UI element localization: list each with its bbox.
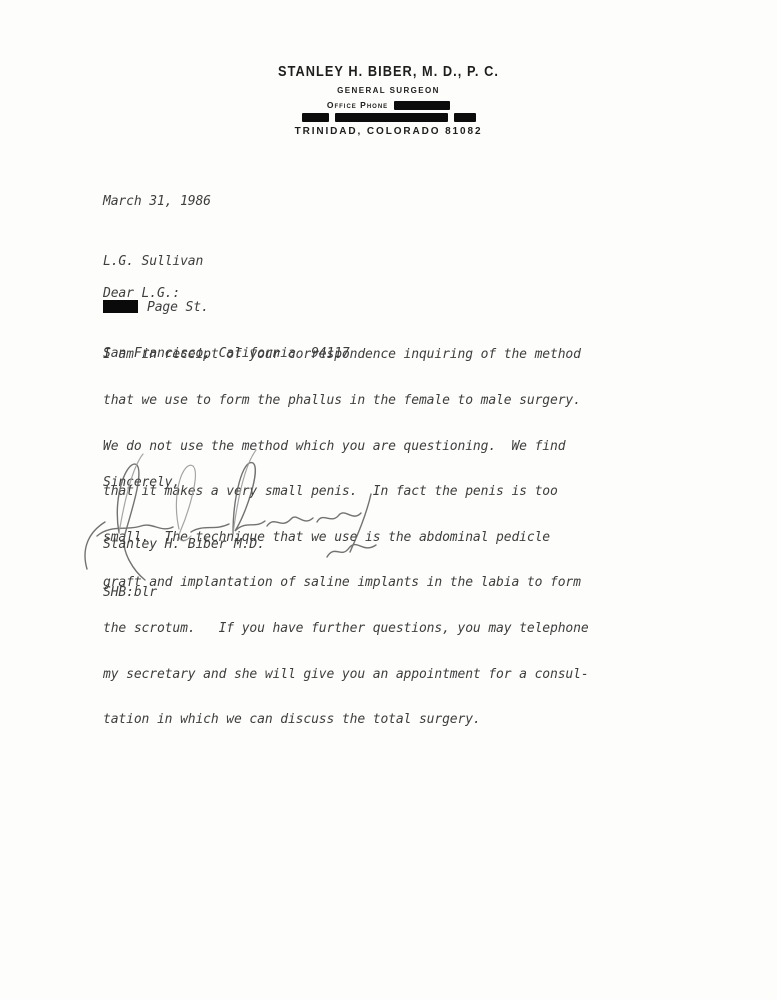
recipient-street-line: Page St.	[103, 300, 350, 315]
letterhead-phone-row: Office Phone	[0, 100, 777, 110]
date-line: March 31, 1986	[103, 194, 211, 209]
body-line: that we use to form the phallus in the f…	[103, 393, 589, 408]
redaction-bar	[103, 300, 138, 313]
office-phone-label: Office Phone	[327, 100, 388, 110]
letterhead-title: GENERAL SURGEON	[0, 86, 777, 95]
typed-signature-name: Stanley H. Biber M.D.	[103, 537, 265, 552]
letterhead-redaction-row	[0, 113, 777, 122]
body-line: the scrotum. If you have further questio…	[103, 621, 589, 636]
letterhead-name: STANLEY H. BIBER, M. D., P. C.	[47, 64, 731, 80]
letterhead-city: TRINIDAD, COLORADO 81082	[0, 126, 777, 137]
reference-initials: SHB:blr	[103, 585, 157, 600]
body-line: my secretary and she will give you an ap…	[103, 667, 589, 682]
redaction-bar	[335, 113, 448, 122]
redaction-bar	[302, 113, 329, 122]
signature-scrawl	[83, 436, 413, 584]
recipient-name: L.G. Sullivan	[103, 254, 350, 269]
redaction-bar	[394, 101, 450, 110]
salutation: Dear L.G.:	[103, 286, 180, 301]
redaction-bar	[454, 113, 476, 122]
body-line: tation in which we can discuss the total…	[103, 712, 589, 727]
letter-page: STANLEY H. BIBER, M. D., P. C. GENERAL S…	[0, 0, 777, 1000]
recipient-street: Page St.	[147, 300, 209, 315]
body-line: I am in receipt of your correspondence i…	[103, 347, 589, 362]
